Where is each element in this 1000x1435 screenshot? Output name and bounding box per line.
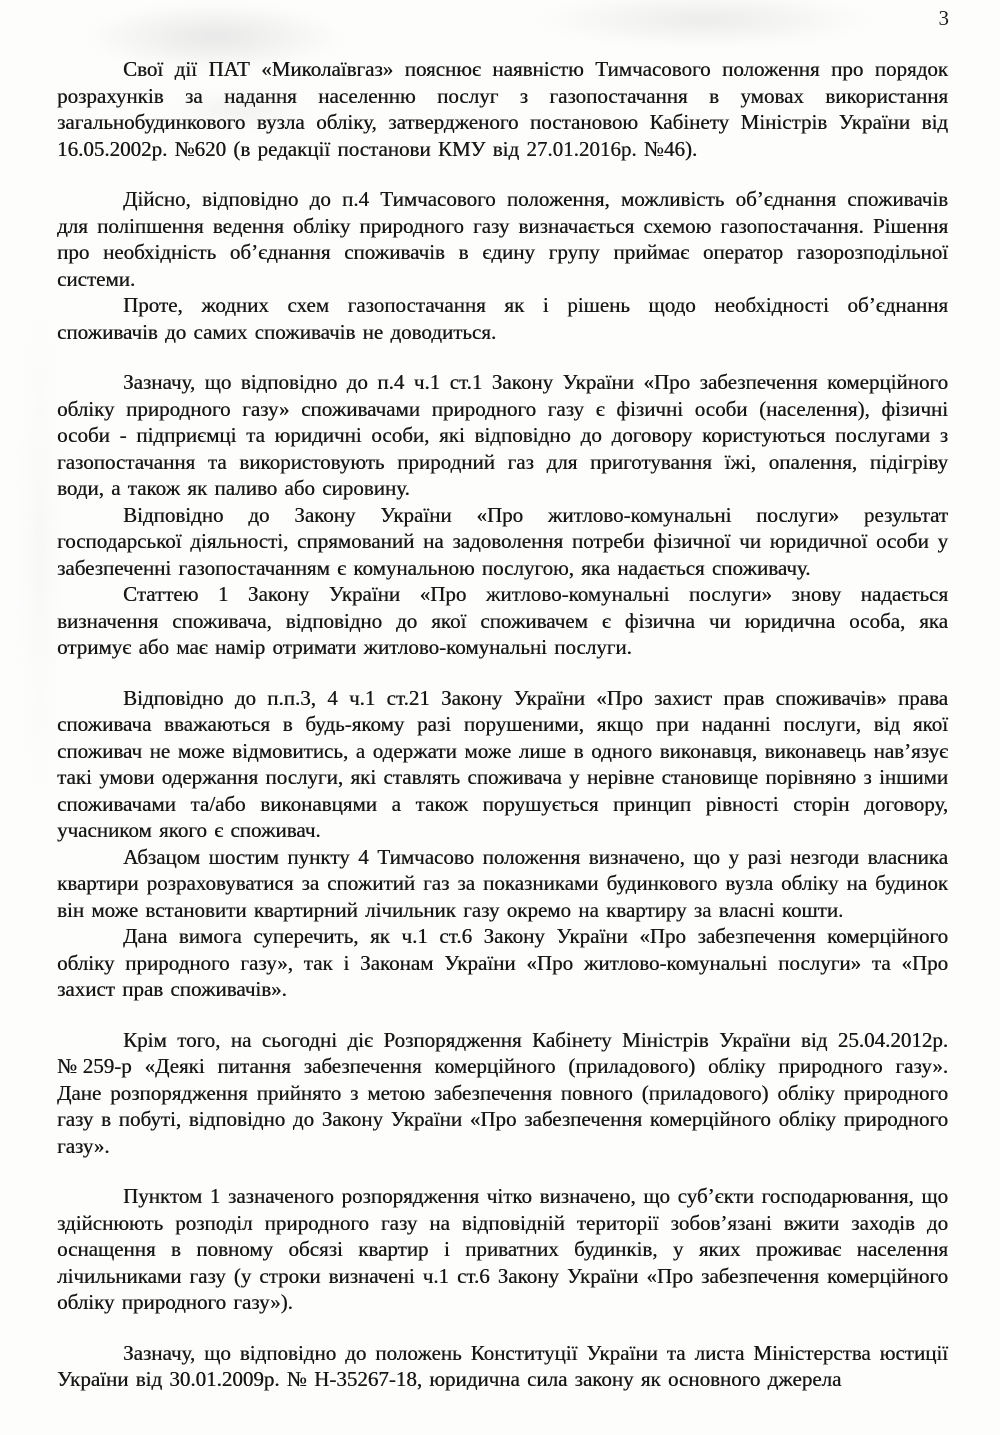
paragraph: Дана вимога суперечить, як ч.1 ст.6 Зако…	[57, 923, 948, 1003]
scan-smudge	[20, 300, 60, 800]
scanned-document-page: 3 Свої дії ПАТ «Миколаївгаз» пояснює ная…	[0, 0, 1000, 1435]
paragraph: Пунктом 1 зазначеного розпорядження чітк…	[57, 1183, 948, 1316]
scan-smudge	[540, 0, 870, 47]
paragraph: Дійсно, відповідно до п.4 Тимчасового по…	[57, 186, 948, 292]
paragraph: Абзацом шостим пункту 4 Тимчасово положе…	[57, 844, 948, 924]
paragraph: Зазначу, що відповідно до п.4 ч.1 ст.1 З…	[57, 369, 948, 502]
paragraph: Статтею 1 Закону України «Про житлово-ко…	[57, 581, 948, 661]
paragraph: Відповідно до п.п.3, 4 ч.1 ст.21 Закону …	[57, 685, 948, 844]
paragraph: Крім того, на сьогодні діє Розпорядження…	[57, 1027, 948, 1160]
paragraph: Зазначу, що відповідно до положень Конст…	[57, 1340, 948, 1393]
paragraph: Свої дії ПАТ «Миколаївгаз» пояснює наявн…	[57, 56, 948, 162]
paragraph: Проте, жодних схем газопостачання як і р…	[57, 292, 948, 345]
paragraph: Відповідно до Закону України «Про житлов…	[57, 502, 948, 582]
document-body: Свої дії ПАТ «Миколаївгаз» пояснює наявн…	[57, 56, 948, 1393]
page-number: 3	[939, 5, 950, 31]
